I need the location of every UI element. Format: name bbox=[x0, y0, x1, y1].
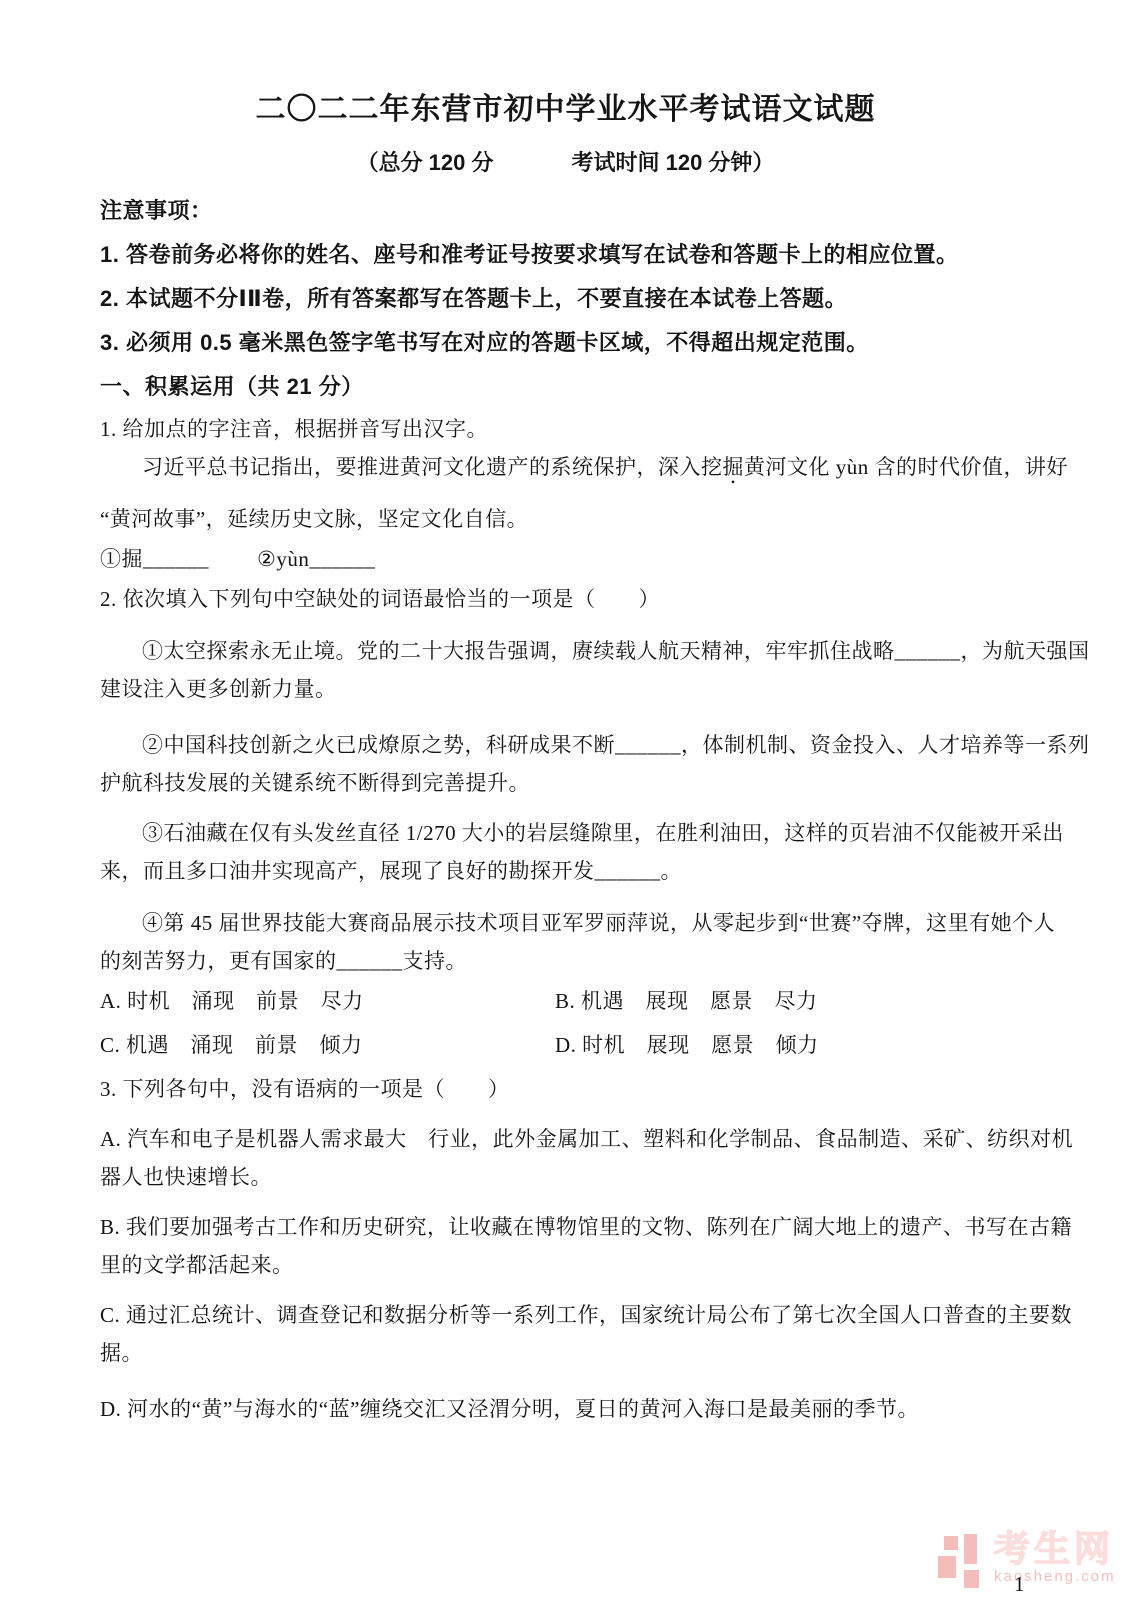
notice-heading: 注意事项： bbox=[100, 196, 1031, 226]
notice-item-3: 3. 必须用 0.5 毫米黑色签字笔书写在对应的答题卡区域，不得超出规定范围。 bbox=[100, 328, 1031, 358]
watermark-brand: 考生网 bbox=[994, 1530, 1116, 1568]
question-3-option-d-line-1: D. 河水的“黄”与海水的“蓝”缠绕交汇又泾渭分明，夏日的黄河入海口是最美丽的季… bbox=[100, 1394, 1031, 1424]
question-3-stem: 3. 下列各句中，没有语病的一项是（ ） bbox=[100, 1074, 1031, 1104]
question-3-option-a-line-2: 器人也快速增长。 bbox=[100, 1162, 1031, 1192]
question-1-passage-line-1: 习近平总书记指出，要推进黄河文化遗产的系统保护，深入挖掘黄河文化 yùn 含的时… bbox=[100, 452, 1031, 482]
watermark: 考生网 kaosheng.com bbox=[938, 1530, 1116, 1585]
question-3-option-c-line-1: C. 通过汇总统计、调查登记和数据分析等一系列工作，国家统计局公布了第七次全国人… bbox=[100, 1300, 1031, 1330]
watermark-domain: kaosheng.com bbox=[994, 1569, 1116, 1585]
notice-item-1: 1. 答卷前务必将你的姓名、座号和准考证号按要求填写在试卷和答题卡上的相应位置。 bbox=[100, 240, 1031, 270]
exam-paper-page: { "document": { "title": "二〇二二年东营市初中学业水平… bbox=[0, 0, 1131, 1600]
question-2-sentence-2-line-2: 护航科技发展的关键系统不断得到完善提升。 bbox=[100, 768, 1031, 798]
choice-c: C. 机遇 涌现 前景 倾力 bbox=[100, 1030, 555, 1060]
exam-duration-label: 考试时间 120 分钟） bbox=[572, 148, 775, 178]
page-content: 二〇二二年东营市初中学业水平考试语文试题 （总分 120 分 考试时间 120 … bbox=[0, 0, 1131, 1424]
question-3-option-c-line-2: 据。 bbox=[100, 1338, 1031, 1368]
choice-a: A. 时机 涌现 前景 尽力 bbox=[100, 986, 555, 1016]
exam-title: 二〇二二年东营市初中学业水平考试语文试题 bbox=[100, 90, 1031, 130]
question-2-sentence-1-line-2: 建设注入更多创新力量。 bbox=[100, 674, 1031, 704]
watermark-text: 考生网 kaosheng.com bbox=[994, 1530, 1116, 1585]
question-1-passage-line-2: “黄河故事”，延续历史文脉，坚定文化自信。 bbox=[100, 504, 1031, 534]
blank-2: ②yùn______ bbox=[257, 547, 375, 571]
exam-subtitle: （总分 120 分 考试时间 120 分钟） bbox=[100, 148, 1031, 178]
question-2-choices-row-2: C. 机遇 涌现 前景 倾力 D. 时机 展现 愿景 倾力 bbox=[100, 1030, 1031, 1060]
page-number: 1 bbox=[1014, 1572, 1025, 1597]
question-2-sentence-3-line-1: ③石油藏在仅有头发丝直径 1/270 大小的岩层缝隙里，在胜利油田，这样的页岩油… bbox=[100, 818, 1031, 848]
passage-text: 黄河文化 yùn 含的时代价值，讲好 bbox=[744, 455, 1068, 479]
question-1-answer-blanks: ①掘______②yùn______ bbox=[100, 544, 1031, 574]
question-2-stem: 2. 依次填入下列句中空缺处的词语最恰当的一项是（ ） bbox=[100, 584, 1031, 614]
dotted-character: 掘 bbox=[723, 452, 745, 482]
kaosheng-logo-icon bbox=[938, 1534, 984, 1584]
question-2-sentence-1-line-1: ①太空探索永无止境。党的二十大报告强调，赓续载人航天精神，牢牢抓住战略_____… bbox=[100, 636, 1031, 666]
blank-1: ①掘______ bbox=[100, 547, 209, 571]
question-2-sentence-3-line-2: 来，而且多口油井实现高产，展现了良好的勘探开发______。 bbox=[100, 856, 1031, 886]
question-3-option-b-line-1: B. 我们要加强考古工作和历史研究，让收藏在博物馆里的文物、陈列在广阔大地上的遗… bbox=[100, 1212, 1031, 1242]
question-2-sentence-4-line-2: 的刻苦努力，更有国家的______支持。 bbox=[100, 946, 1031, 976]
notice-item-2: 2. 本试题不分ⅠⅡ卷，所有答案都写在答题卡上，不要直接在本试卷上答题。 bbox=[100, 284, 1031, 314]
question-3-option-a-line-1: A. 汽车和电子是机器人需求最大 行业，此外金属加工、塑料和化学制品、食品制造、… bbox=[100, 1124, 1031, 1154]
question-2-sentence-2-line-1: ②中国科技创新之火已成燎原之势，科研成果不断______，体制机制、资金投入、人… bbox=[100, 730, 1031, 760]
question-2-sentence-4-line-1: ④第 45 届世界技能大赛商品展示技术项目亚军罗丽萍说，从零起步到“世赛”夺牌，… bbox=[100, 908, 1031, 938]
passage-text: 习近平总书记指出，要推进黄河文化遗产的系统保护，深入挖 bbox=[142, 455, 723, 479]
choice-d: D. 时机 展现 愿景 倾力 bbox=[555, 1030, 819, 1060]
question-3-option-b-line-2: 里的文学都活起来。 bbox=[100, 1250, 1031, 1280]
question-1-stem: 1. 给加点的字注音，根据拼音写出汉字。 bbox=[100, 414, 1031, 444]
choice-b: B. 机遇 展现 愿景 尽力 bbox=[555, 986, 818, 1016]
question-2-choices-row-1: A. 时机 涌现 前景 尽力 B. 机遇 展现 愿景 尽力 bbox=[100, 986, 1031, 1016]
section-1-heading: 一、积累运用（共 21 分） bbox=[100, 372, 1031, 402]
total-score-label: （总分 120 分 bbox=[357, 148, 494, 178]
